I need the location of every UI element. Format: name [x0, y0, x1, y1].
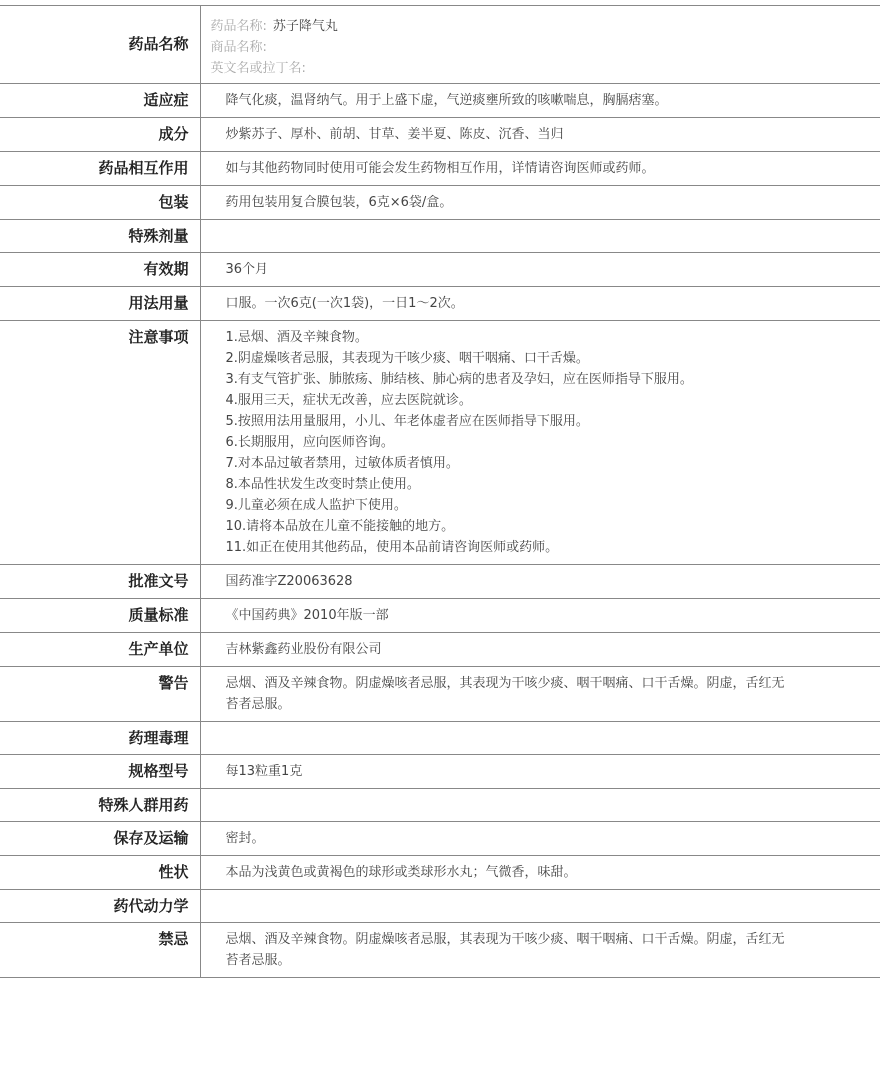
row-label: 包装 [0, 186, 200, 220]
row-indications: 适应症 降气化痰，温肾纳气。用于上盛下虚，气逆痰壅所致的咳嗽喘息，胸膈痞塞。 [0, 84, 880, 118]
row-value: 炒紫苏子、厚朴、前胡、甘草、姜半夏、陈皮、沉香、当归 [200, 118, 880, 152]
row-approval-number: 批准文号 国药准字Z20063628 [0, 565, 880, 599]
drug-spec-table: 药品名称 药品名称:苏子降气丸 商品名称: 英文名或拉丁名: 适应症 降气化痰，… [0, 5, 880, 978]
generic-name-value: 苏子降气丸 [273, 19, 338, 34]
row-value: 《中国药典》2010年版一部 [200, 599, 880, 633]
row-pharmacology-toxicology: 药理毒理 [0, 722, 880, 755]
row-quality-standard: 质量标准 《中国药典》2010年版一部 [0, 599, 880, 633]
row-label: 性状 [0, 856, 200, 890]
row-label: 质量标准 [0, 599, 200, 633]
trade-name-line: 商品名称: [211, 37, 880, 58]
row-value: 忌烟、酒及辛辣食物。阴虚燥咳者忌服，其表现为干咳少痰、咽干咽痛、口干舌燥。阴虚，… [200, 667, 880, 722]
generic-name-key: 药品名称: [211, 19, 267, 34]
english-name-key: 英文名或拉丁名: [211, 61, 306, 76]
generic-name-line: 药品名称:苏子降气丸 [211, 16, 880, 37]
row-value [200, 722, 880, 755]
row-value: 药品名称:苏子降气丸 商品名称: 英文名或拉丁名: [200, 6, 880, 84]
row-label: 特殊人群用药 [0, 789, 200, 822]
row-manufacturer: 生产单位 吉林紫鑫药业股份有限公司 [0, 633, 880, 667]
precaution-item: 10.请将本品放在儿童不能接触的地方。 [226, 516, 880, 537]
row-pharmacokinetics: 药代动力学 [0, 890, 880, 923]
row-precautions: 注意事项 1.忌烟、酒及辛辣食物。 2.阴虚燥咳者忌服，其表现为干咳少痰、咽干咽… [0, 321, 880, 565]
row-value: 每13粒重1克 [200, 755, 880, 789]
row-drug-name: 药品名称 药品名称:苏子降气丸 商品名称: 英文名或拉丁名: [0, 6, 880, 84]
row-label: 药品相互作用 [0, 152, 200, 186]
row-warning: 警告 忌烟、酒及辛辣食物。阴虚燥咳者忌服，其表现为干咳少痰、咽干咽痛、口干舌燥。… [0, 667, 880, 722]
row-special-dosage: 特殊剂量 [0, 220, 880, 253]
row-value: 药用包装用复合膜包装，6克×6袋/盒。 [200, 186, 880, 220]
row-label: 药品名称 [0, 6, 200, 84]
precaution-item: 7.对本品过敏者禁用，过敏体质者慎用。 [226, 453, 880, 474]
row-description: 性状 本品为浅黄色或黄褐色的球形或类球形水丸；气微香，味甜。 [0, 856, 880, 890]
row-specification: 规格型号 每13粒重1克 [0, 755, 880, 789]
row-label: 生产单位 [0, 633, 200, 667]
row-value: 本品为浅黄色或黄褐色的球形或类球形水丸；气微香，味甜。 [200, 856, 880, 890]
precaution-item: 4.服用三天，症状无改善，应去医院就诊。 [226, 390, 880, 411]
precaution-item: 9.儿童必须在成人监护下使用。 [226, 495, 880, 516]
row-label: 特殊剂量 [0, 220, 200, 253]
row-special-populations: 特殊人群用药 [0, 789, 880, 822]
row-label: 规格型号 [0, 755, 200, 789]
trade-name-key: 商品名称: [211, 40, 267, 55]
row-label: 有效期 [0, 253, 200, 287]
row-value: 1.忌烟、酒及辛辣食物。 2.阴虚燥咳者忌服，其表现为干咳少痰、咽干咽痛、口干舌… [200, 321, 880, 565]
row-value [200, 220, 880, 253]
row-contraindications: 禁忌 忌烟、酒及辛辣食物。阴虚燥咳者忌服，其表现为干咳少痰、咽干咽痛、口干舌燥。… [0, 923, 880, 978]
row-value: 密封。 [200, 822, 880, 856]
row-label: 注意事项 [0, 321, 200, 565]
row-value: 国药准字Z20063628 [200, 565, 880, 599]
precaution-item: 11.如正在使用其他药品，使用本品前请咨询医师或药师。 [226, 537, 880, 558]
row-label: 警告 [0, 667, 200, 722]
row-label: 药代动力学 [0, 890, 200, 923]
precaution-item: 5.按照用法用量服用，小儿、年老体虚者应在医师指导下服用。 [226, 411, 880, 432]
precaution-item: 2.阴虚燥咳者忌服，其表现为干咳少痰、咽干咽痛、口干舌燥。 [226, 348, 880, 369]
row-shelf-life: 有效期 36个月 [0, 253, 880, 287]
row-label: 成分 [0, 118, 200, 152]
row-label: 禁忌 [0, 923, 200, 978]
row-value: 36个月 [200, 253, 880, 287]
row-ingredients: 成分 炒紫苏子、厚朴、前胡、甘草、姜半夏、陈皮、沉香、当归 [0, 118, 880, 152]
row-label: 保存及运输 [0, 822, 200, 856]
row-value: 口服。一次6克(一次1袋)，一日1～2次。 [200, 287, 880, 321]
contraindications-text: 忌烟、酒及辛辣食物。阴虚燥咳者忌服，其表现为干咳少痰、咽干咽痛、口干舌燥。阴虚，… [226, 929, 786, 971]
row-label: 用法用量 [0, 287, 200, 321]
row-value [200, 890, 880, 923]
row-value: 如与其他药物同时使用可能会发生药物相互作用，详情请咨询医师或药师。 [200, 152, 880, 186]
row-packaging: 包装 药用包装用复合膜包装，6克×6袋/盒。 [0, 186, 880, 220]
precaution-item: 1.忌烟、酒及辛辣食物。 [226, 327, 880, 348]
english-name-line: 英文名或拉丁名: [211, 58, 880, 79]
row-interactions: 药品相互作用 如与其他药物同时使用可能会发生药物相互作用，详情请咨询医师或药师。 [0, 152, 880, 186]
row-value [200, 789, 880, 822]
row-label: 适应症 [0, 84, 200, 118]
precaution-item: 3.有支气管扩张、肺脓疡、肺结核、肺心病的患者及孕妇，应在医师指导下服用。 [226, 369, 880, 390]
row-label: 批准文号 [0, 565, 200, 599]
row-value: 忌烟、酒及辛辣食物。阴虚燥咳者忌服，其表现为干咳少痰、咽干咽痛、口干舌燥。阴虚，… [200, 923, 880, 978]
row-value: 吉林紫鑫药业股份有限公司 [200, 633, 880, 667]
row-storage-transport: 保存及运输 密封。 [0, 822, 880, 856]
precaution-item: 6.长期服用，应向医师咨询。 [226, 432, 880, 453]
row-usage: 用法用量 口服。一次6克(一次1袋)，一日1～2次。 [0, 287, 880, 321]
warning-text: 忌烟、酒及辛辣食物。阴虚燥咳者忌服，其表现为干咳少痰、咽干咽痛、口干舌燥。阴虚，… [226, 673, 786, 715]
row-value: 降气化痰，温肾纳气。用于上盛下虚，气逆痰壅所致的咳嗽喘息，胸膈痞塞。 [200, 84, 880, 118]
row-label: 药理毒理 [0, 722, 200, 755]
precaution-item: 8.本品性状发生改变时禁止使用。 [226, 474, 880, 495]
